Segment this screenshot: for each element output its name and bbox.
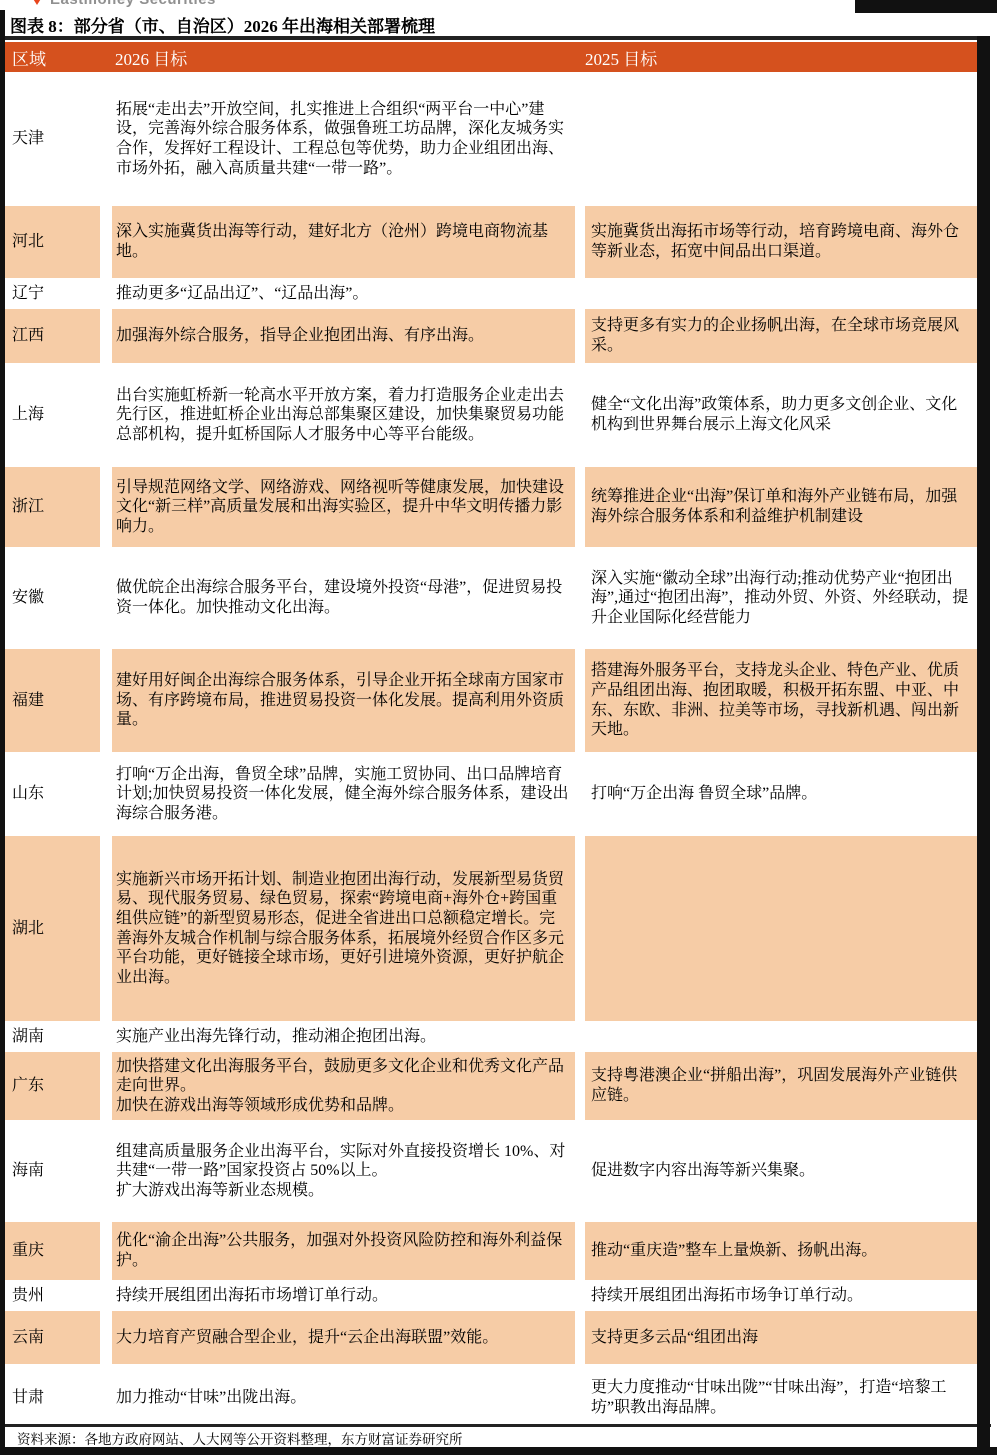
goal-2026-text: 加力推动“甘味”出陇出海。 bbox=[116, 1388, 571, 1408]
table-row: 山东 打响“万企出海，鲁贸全球”品牌，实施工贸协同、出口品牌培育计划;加快贸易投… bbox=[5, 754, 977, 834]
region-label: 广东 bbox=[12, 1076, 98, 1096]
goal-2025-cell bbox=[585, 836, 977, 1021]
table-row: 浙江 引导规范网络文学、网络游戏、网络视听等健康发展，加快建设文化“新三样”高质… bbox=[5, 467, 977, 547]
region-cell: 云南 bbox=[5, 1311, 100, 1364]
goal-2026-text: 建好用好闽企出海综合服务体系，引导企业开拓全球南方国家市场、有序跨境布局，推进贸… bbox=[116, 671, 571, 730]
region-cell: 湖北 bbox=[5, 836, 100, 1021]
goal-2026-text: 优化“渝企出海”公共服务，加强对外投资风险防控和海外利益保护。 bbox=[116, 1231, 571, 1270]
title-bar: 图表 8：部分省（市、自治区）2026 年出海相关部署梳理 bbox=[5, 13, 977, 36]
goal-2025-cell: 更大力度推动“甘味出陇”“甘味出海”，打造“培黎工坊”职教出海品牌。 bbox=[585, 1366, 977, 1429]
table-row: 重庆 优化“渝企出海”公共服务，加强对外投资风险防控和海外利益保护。 推动“重庆… bbox=[5, 1222, 977, 1280]
table-row: 甘肃 加力推动“甘味”出陇出海。 更大力度推动“甘味出陇”“甘味出海”，打造“培… bbox=[5, 1366, 977, 1429]
table-row: 福建 建好用好闽企出海综合服务体系，引导企业开拓全球南方国家市场、有序跨境布局，… bbox=[5, 649, 977, 752]
goal-2025-text: 持续开展组团出海拓市场争订单行动。 bbox=[591, 1286, 973, 1306]
goal-2026-cell: 出台实施虹桥新一轮高水平开放方案，着力打造服务企业走出去先行区，推进虹桥企业出海… bbox=[112, 365, 575, 465]
top-rule bbox=[0, 36, 990, 40]
footer-bar: 资料来源：各地方政府网站、人大网等公开资料整理，东方财富证券研究所 bbox=[5, 1428, 977, 1447]
region-label: 天津 bbox=[12, 129, 98, 149]
region-label: 福建 bbox=[12, 691, 98, 711]
goal-2026-text: 深入实施冀货出海等行动，建好北方（沧州）跨境电商物流基地。 bbox=[116, 222, 571, 261]
source-note: 资料来源：各地方政府网站、人大网等公开资料整理，东方财富证券研究所 bbox=[5, 1428, 463, 1448]
goal-2026-cell: 加快搭建文化出海服务平台，鼓励更多文化企业和优秀文化产品走向世界。 加快在游戏出… bbox=[112, 1052, 575, 1120]
goal-2026-cell: 推动更多“辽品出辽”、“辽品出海”。 bbox=[112, 280, 575, 307]
goal-2025-cell: 统筹推进企业“出海”保订单和海外产业链布局，加强海外综合服务体系和利益维护机制建… bbox=[585, 467, 977, 547]
region-cell: 山东 bbox=[5, 754, 100, 834]
region-label: 海南 bbox=[12, 1161, 98, 1181]
goal-2026-text: 大力培育产贸融合型企业，提升“云企出海联盟”效能。 bbox=[116, 1328, 571, 1348]
goal-2026-text: 出台实施虹桥新一轮高水平开放方案，着力打造服务企业走出去先行区，推进虹桥企业出海… bbox=[116, 386, 571, 445]
goal-2025-text: 更大力度推动“甘味出陇”“甘味出海”，打造“培黎工坊”职教出海品牌。 bbox=[591, 1378, 973, 1417]
region-cell: 重庆 bbox=[5, 1222, 100, 1280]
goal-2026-text: 加强海外综合服务，指导企业抱团出海、有序出海。 bbox=[116, 326, 571, 346]
region-label: 浙江 bbox=[12, 497, 98, 517]
table-row: 辽宁 推动更多“辽品出辽”、“辽品出海”。 bbox=[5, 280, 977, 307]
goal-2025-cell: 支持粤港澳企业“拼船出海”，巩固发展海外产业链供应链。 bbox=[585, 1052, 977, 1120]
right-black-strip bbox=[977, 36, 990, 1448]
goal-2026-text: 拓展“走出去”开放空间，扎实推进上合组织“两平台一中心”建设，完善海外综合服务体… bbox=[116, 100, 571, 178]
region-label: 重庆 bbox=[12, 1241, 98, 1261]
goal-2026-text: 加快搭建文化出海服务平台，鼓励更多文化企业和优秀文化产品走向世界。 加快在游戏出… bbox=[116, 1057, 571, 1116]
table-row: 河北 深入实施冀货出海等行动，建好北方（沧州）跨境电商物流基地。 实施冀货出海拓… bbox=[5, 206, 977, 278]
goal-2025-cell: 打响“万企出海 鲁贸全球”品牌。 bbox=[585, 754, 977, 834]
goal-2025-text: 支持更多有实力的企业扬帆出海，在全球市场竞展风采。 bbox=[591, 316, 973, 355]
goal-2025-cell: 促进数字内容出海等新兴集聚。 bbox=[585, 1122, 977, 1220]
top-right-black-strip bbox=[855, 0, 997, 13]
table-row: 湖南 实施产业出海先锋行动，推动湘企抱团出海。 bbox=[5, 1023, 977, 1050]
region-cell: 上海 bbox=[5, 365, 100, 465]
goal-2025-text: 推动“重庆造”整车上量焕新、扬帆出海。 bbox=[591, 1241, 973, 1261]
region-label: 甘肃 bbox=[12, 1388, 98, 1408]
goal-2025-cell: 推动“重庆造”整车上量焕新、扬帆出海。 bbox=[585, 1222, 977, 1280]
table-header-row: 区域 2026 目标 2025 目标 bbox=[5, 42, 977, 72]
goal-2026-cell: 大力培育产贸融合型企业，提升“云企出海联盟”效能。 bbox=[112, 1311, 575, 1364]
region-cell: 广东 bbox=[5, 1052, 100, 1120]
goal-2025-text: 深入实施“徽动全球”出海行动;推动优势产业“抱团出海”,通过“抱团出海”，推动外… bbox=[591, 569, 973, 628]
goal-2026-text: 持续开展组团出海拓市场增订单行动。 bbox=[116, 1286, 571, 1306]
goal-2026-cell: 深入实施冀货出海等行动，建好北方（沧州）跨境电商物流基地。 bbox=[112, 206, 575, 278]
brand-text: Eastmoney Securities bbox=[50, 0, 216, 8]
left-black-strip bbox=[0, 10, 5, 1448]
goal-2025-cell: 支持更多有实力的企业扬帆出海，在全球市场竞展风采。 bbox=[585, 309, 977, 363]
table-row: 海南 组建高质量服务企业出海平台，实际对外直接投资增长 10%、对共建“一带一路… bbox=[5, 1122, 977, 1220]
region-cell: 江西 bbox=[5, 309, 100, 363]
goal-2026-text: 推动更多“辽品出辽”、“辽品出海”。 bbox=[116, 284, 571, 304]
goal-2025-cell bbox=[585, 280, 977, 307]
table-row: 上海 出台实施虹桥新一轮高水平开放方案，着力打造服务企业走出去先行区，推进虹桥企… bbox=[5, 365, 977, 465]
goal-2025-cell: 实施冀货出海拓市场等行动，培育跨境电商、海外仓等新业态，拓宽中间品出口渠道。 bbox=[585, 206, 977, 278]
goal-2025-cell: 健全“文化出海”政策体系，助力更多文创企业、文化机构到世界舞台展示上海文化风采 bbox=[585, 365, 977, 465]
region-label: 湖北 bbox=[12, 919, 98, 939]
deployment-table: 区域 2026 目标 2025 目标 天津 拓展“走出去”开放空间，扎实推进上合… bbox=[5, 42, 977, 1429]
region-cell: 甘肃 bbox=[5, 1366, 100, 1429]
region-cell: 安徽 bbox=[5, 549, 100, 647]
region-cell: 福建 bbox=[5, 649, 100, 752]
goal-2026-cell: 实施产业出海先锋行动，推动湘企抱团出海。 bbox=[112, 1023, 575, 1050]
region-cell: 天津 bbox=[5, 74, 100, 204]
goal-2025-text: 健全“文化出海”政策体系，助力更多文创企业、文化机构到世界舞台展示上海文化风采 bbox=[591, 395, 973, 434]
region-label: 河北 bbox=[12, 232, 98, 252]
goal-2025-cell: 深入实施“徽动全球”出海行动;推动优势产业“抱团出海”,通过“抱团出海”，推动外… bbox=[585, 549, 977, 647]
table-body: 天津 拓展“走出去”开放空间，扎实推进上合组织“两平台一中心”建设，完善海外综合… bbox=[5, 74, 977, 1429]
goal-2025-cell: 持续开展组团出海拓市场争订单行动。 bbox=[585, 1282, 977, 1309]
goal-2026-text: 做优皖企出海综合服务平台，建设境外投资“母港”，促进贸易投资一体化。加快推动文化… bbox=[116, 578, 571, 617]
goal-2026-cell: 组建高质量服务企业出海平台，实际对外直接投资增长 10%、对共建“一带一路”国家… bbox=[112, 1122, 575, 1220]
goal-2025-cell: 支持更多云品“组团出海 bbox=[585, 1311, 977, 1364]
region-label: 江西 bbox=[12, 326, 98, 346]
goal-2026-cell: 打响“万企出海，鲁贸全球”品牌，实施工贸协同、出口品牌培育计划;加快贸易投资一体… bbox=[112, 754, 575, 834]
table-row: 广东 加快搭建文化出海服务平台，鼓励更多文化企业和优秀文化产品走向世界。 加快在… bbox=[5, 1052, 977, 1120]
region-label: 上海 bbox=[12, 405, 98, 425]
region-label: 贵州 bbox=[12, 1286, 98, 1306]
goal-2025-text: 搭建海外服务平台，支持龙头企业、特色产业、优质产品组团出海、抱团取暖，积极开拓东… bbox=[591, 661, 973, 739]
region-cell: 海南 bbox=[5, 1122, 100, 1220]
goal-2026-cell: 引导规范网络文学、网络游戏、网络视听等健康发展，加快建设文化“新三样”高质量发展… bbox=[112, 467, 575, 547]
goal-2026-cell: 建好用好闽企出海综合服务体系，引导企业开拓全球南方国家市场、有序跨境布局，推进贸… bbox=[112, 649, 575, 752]
region-label: 云南 bbox=[12, 1328, 98, 1348]
table-row: 安徽 做优皖企出海综合服务平台，建设境外投资“母港”，促进贸易投资一体化。加快推… bbox=[5, 549, 977, 647]
bottom-black-strip bbox=[0, 1447, 997, 1455]
figure-title: 图表 8：部分省（市、自治区）2026 年出海相关部署梳理 bbox=[5, 12, 435, 37]
header-2025-goal: 2025 目标 bbox=[575, 45, 977, 70]
goal-2026-text: 实施新兴市场开拓计划、制造业抱团出海行动，发展新型易货贸易、现代服务贸易、绿色贸… bbox=[116, 870, 571, 987]
region-label: 湖南 bbox=[12, 1027, 98, 1047]
goal-2026-cell: 做优皖企出海综合服务平台，建设境外投资“母港”，促进贸易投资一体化。加快推动文化… bbox=[112, 549, 575, 647]
table-row: 云南 大力培育产贸融合型企业，提升“云企出海联盟”效能。 支持更多云品“组团出海 bbox=[5, 1311, 977, 1364]
goal-2026-cell: 加强海外综合服务，指导企业抱团出海、有序出海。 bbox=[112, 309, 575, 363]
goal-2026-cell: 加力推动“甘味”出陇出海。 bbox=[112, 1366, 575, 1429]
goal-2026-cell: 优化“渝企出海”公共服务，加强对外投资风险防控和海外利益保护。 bbox=[112, 1222, 575, 1280]
goal-2026-text: 实施产业出海先锋行动，推动湘企抱团出海。 bbox=[116, 1027, 571, 1047]
goal-2026-text: 打响“万企出海，鲁贸全球”品牌，实施工贸协同、出口品牌培育计划;加快贸易投资一体… bbox=[116, 765, 571, 824]
region-label: 辽宁 bbox=[12, 284, 98, 304]
goal-2025-text: 支持粤港澳企业“拼船出海”，巩固发展海外产业链供应链。 bbox=[591, 1066, 973, 1105]
table-row: 湖北 实施新兴市场开拓计划、制造业抱团出海行动，发展新型易货贸易、现代服务贸易、… bbox=[5, 836, 977, 1021]
goal-2025-cell bbox=[585, 74, 977, 204]
header-region: 区域 bbox=[5, 45, 100, 70]
table-row: 江西 加强海外综合服务，指导企业抱团出海、有序出海。 支持更多有实力的企业扬帆出… bbox=[5, 309, 977, 363]
goal-2025-cell: 搭建海外服务平台，支持龙头企业、特色产业、优质产品组团出海、抱团取暖，积极开拓东… bbox=[585, 649, 977, 752]
goal-2026-cell: 实施新兴市场开拓计划、制造业抱团出海行动，发展新型易货贸易、现代服务贸易、绿色贸… bbox=[112, 836, 575, 1021]
goal-2026-cell: 持续开展组团出海拓市场增订单行动。 bbox=[112, 1282, 575, 1309]
region-label: 安徽 bbox=[12, 588, 98, 608]
table-row: 天津 拓展“走出去”开放空间，扎实推进上合组织“两平台一中心”建设，完善海外综合… bbox=[5, 74, 977, 204]
region-cell: 贵州 bbox=[5, 1282, 100, 1309]
header-2026-goal: 2026 目标 bbox=[100, 45, 575, 70]
goal-2025-text: 打响“万企出海 鲁贸全球”品牌。 bbox=[591, 784, 973, 804]
region-cell: 湖南 bbox=[5, 1023, 100, 1050]
region-cell: 辽宁 bbox=[5, 280, 100, 307]
region-label: 山东 bbox=[12, 784, 98, 804]
goal-2025-text: 支持更多云品“组团出海 bbox=[591, 1328, 973, 1348]
goal-2026-text: 引导规范网络文学、网络游戏、网络视听等健康发展，加快建设文化“新三样”高质量发展… bbox=[116, 478, 571, 537]
goal-2026-text: 组建高质量服务企业出海平台，实际对外直接投资增长 10%、对共建“一带一路”国家… bbox=[116, 1142, 571, 1201]
table-row: 贵州 持续开展组团出海拓市场增订单行动。 持续开展组团出海拓市场争订单行动。 bbox=[5, 1282, 977, 1309]
region-cell: 浙江 bbox=[5, 467, 100, 547]
goal-2025-cell bbox=[585, 1023, 977, 1050]
brand-triangle-icon bbox=[30, 0, 44, 5]
region-cell: 河北 bbox=[5, 206, 100, 278]
goal-2026-cell: 拓展“走出去”开放空间，扎实推进上合组织“两平台一中心”建设，完善海外综合服务体… bbox=[112, 74, 575, 204]
goal-2025-text: 促进数字内容出海等新兴集聚。 bbox=[591, 1161, 973, 1181]
goal-2025-text: 统筹推进企业“出海”保订单和海外产业链布局，加强海外综合服务体系和利益维护机制建… bbox=[591, 487, 973, 526]
goal-2025-text: 实施冀货出海拓市场等行动，培育跨境电商、海外仓等新业态，拓宽中间品出口渠道。 bbox=[591, 222, 973, 261]
